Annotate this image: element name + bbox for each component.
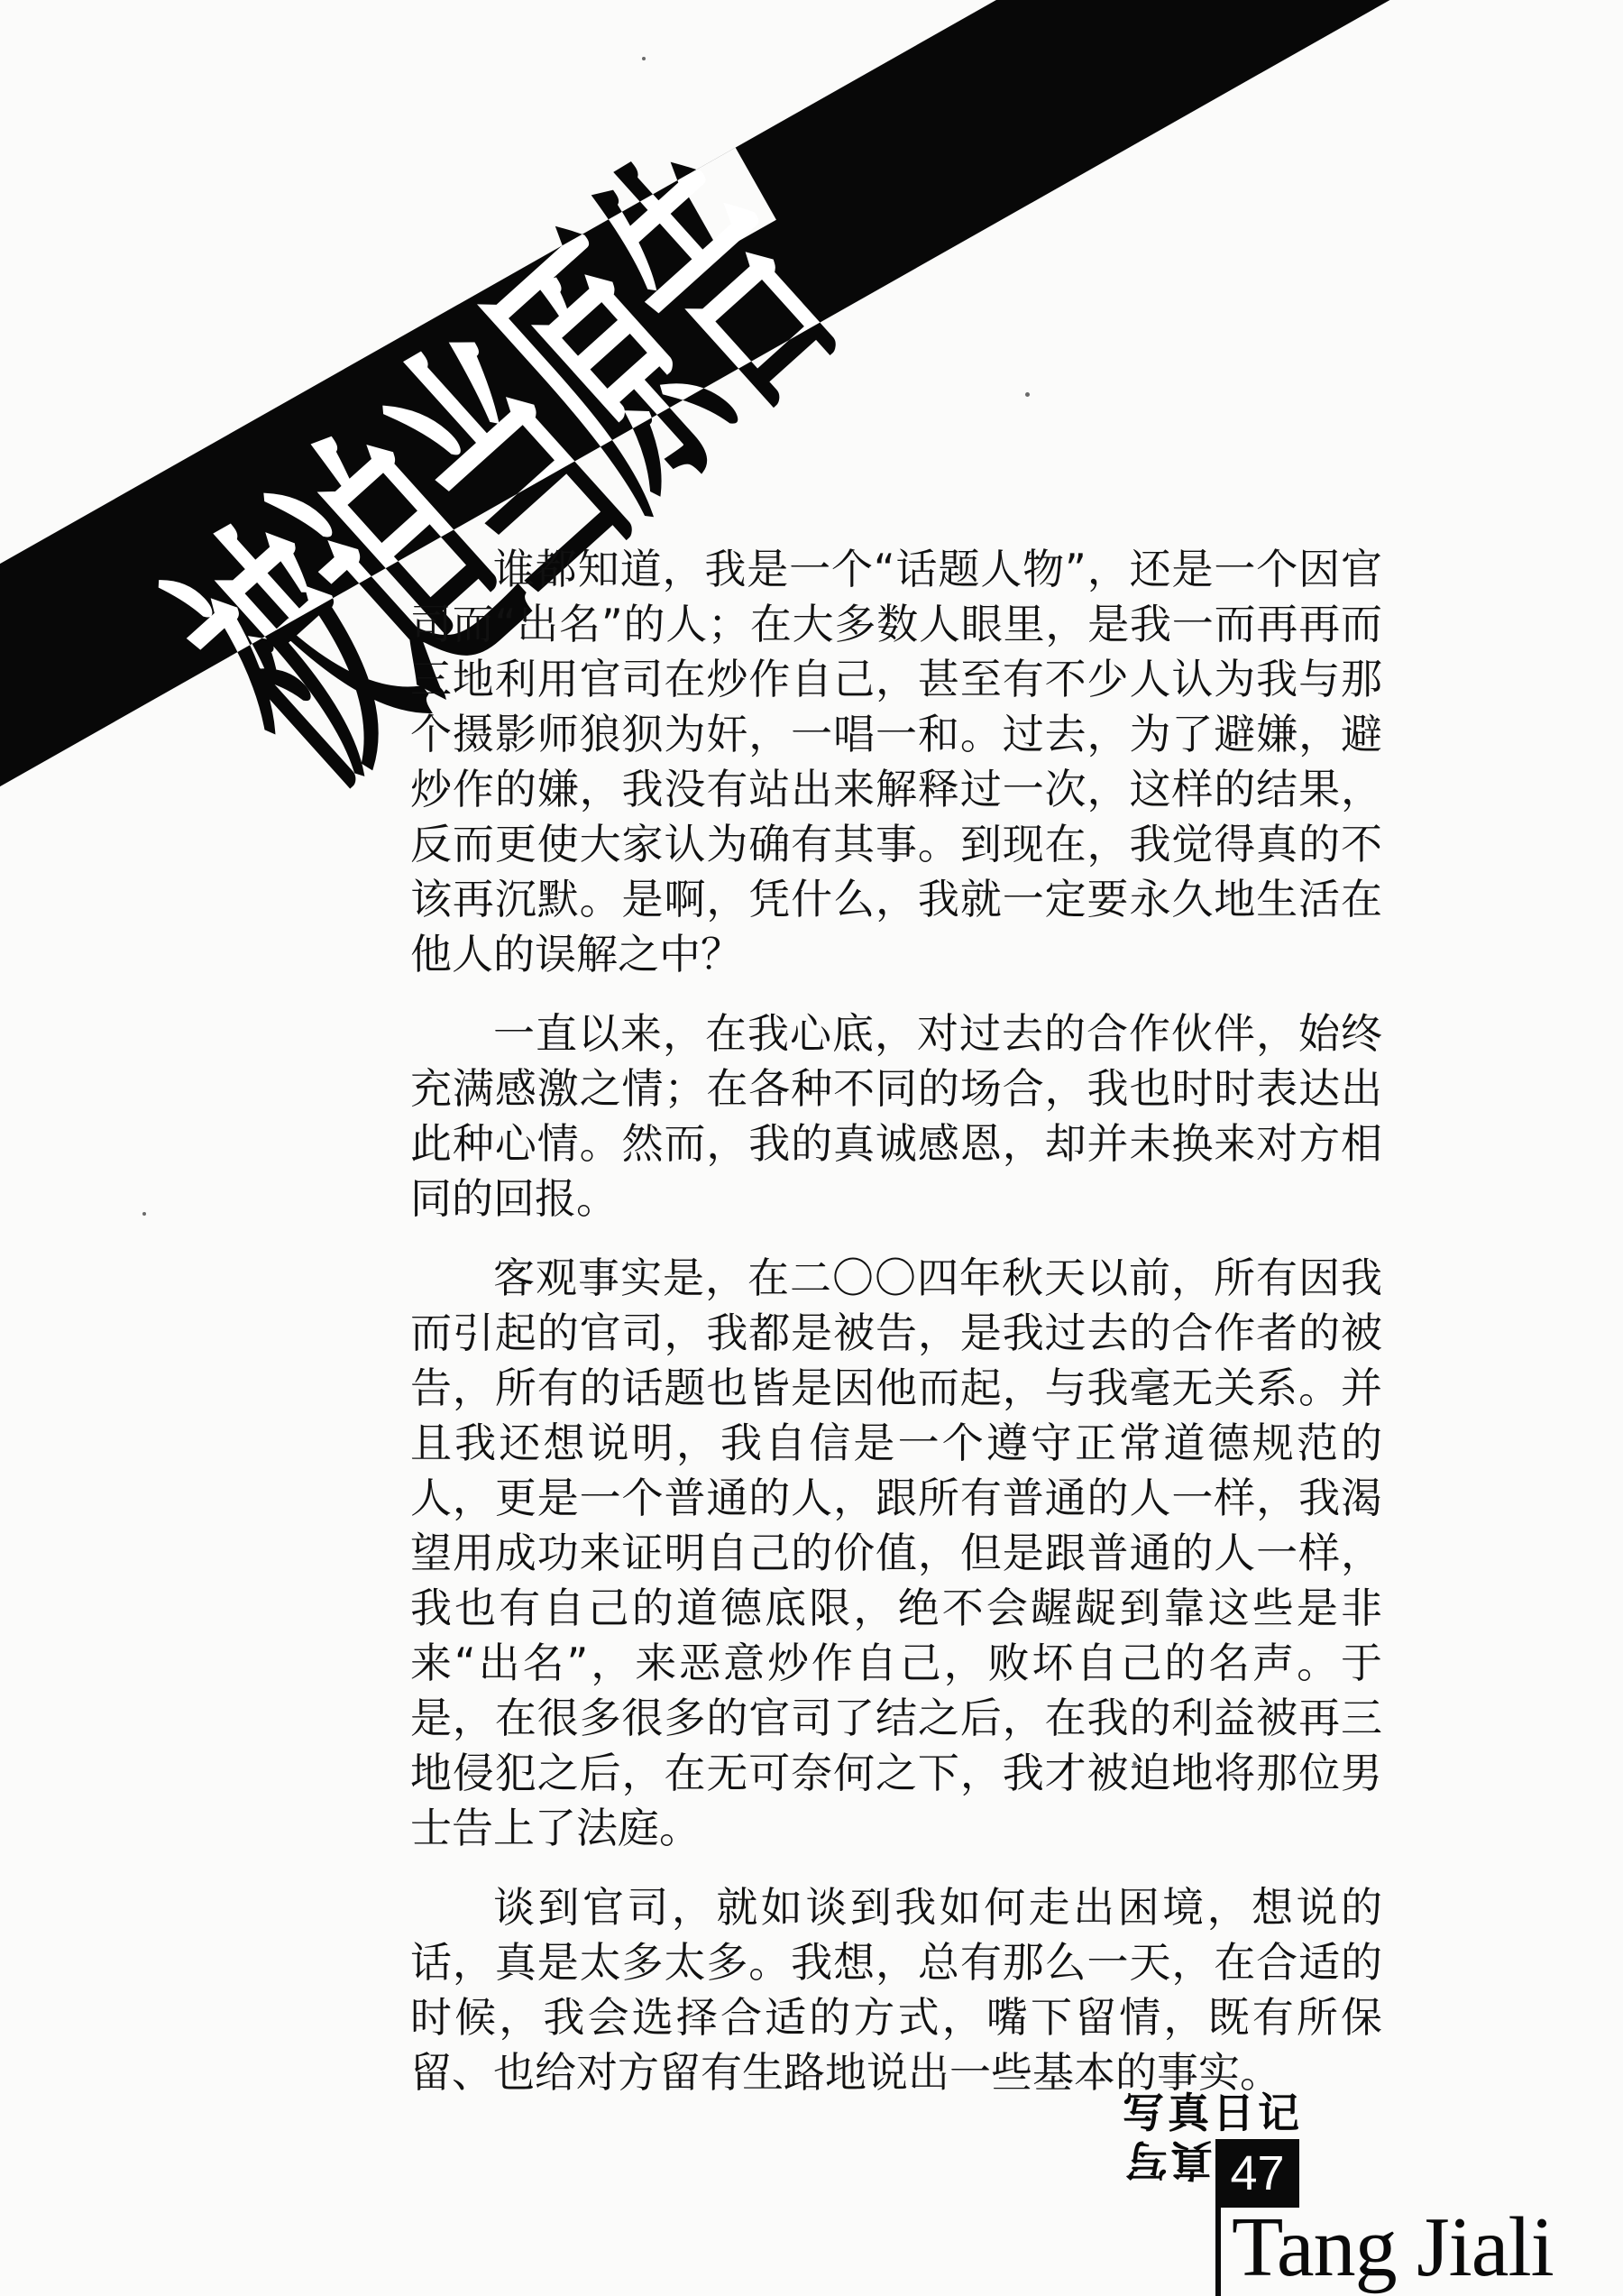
scan-speck bbox=[642, 57, 646, 60]
book-page: 被迫当原告 被迫当原告 谁都知道，我是一个“话题人物”，还是一个因官司而“出名”… bbox=[0, 0, 1623, 2296]
paragraph-1: 谁都知道，我是一个“话题人物”，还是一个因官司而“出名”的人；在大多数人眼里，是… bbox=[410, 542, 1382, 982]
scan-speck bbox=[1025, 392, 1030, 397]
paragraph-2: 一直以来，在我心底，对过去的合作伙伴，始终充满感激之情；在各种不同的场合，我也时… bbox=[410, 1006, 1382, 1226]
series-logo-title: 写真日记 bbox=[1123, 2092, 1303, 2134]
footer-vertical-rule bbox=[1215, 2208, 1221, 2296]
author-name: Tang Jiali bbox=[1232, 2205, 1554, 2290]
page-number: 47 bbox=[1230, 2145, 1284, 2201]
paragraph-3: 客观事实是，在二〇〇四年秋天以前，所有因我而引起的官司，我都是被告，是我过去的合… bbox=[410, 1251, 1382, 1856]
article-body: 谁都知道，我是一个“话题人物”，还是一个因官司而“出名”的人；在大多数人眼里，是… bbox=[410, 542, 1382, 2125]
scan-speck bbox=[142, 1212, 146, 1216]
paragraph-4: 谈到官司，就如谈到我如何走出困境，想说的话，真是太多太多。我想，总有那么一天，在… bbox=[410, 1880, 1382, 2100]
page-number-box: 47 bbox=[1215, 2139, 1299, 2208]
